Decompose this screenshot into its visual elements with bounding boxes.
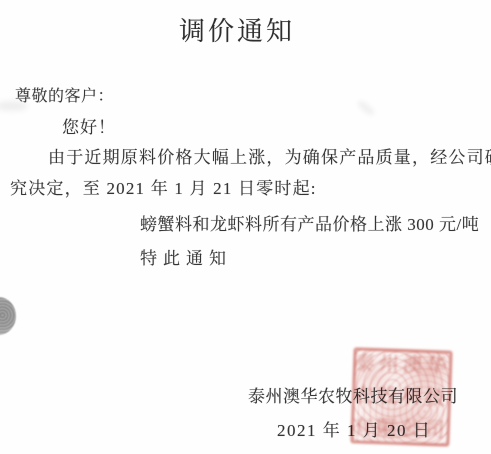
scanned-notice-page: 调价通知 尊敬的客户： 您好！ 由于近期原料价格大幅上涨，为确保产品质量，经公司… [0, 0, 491, 454]
closing-line: 特此通知 [140, 244, 232, 269]
greeting-line: 您好！ [62, 113, 116, 138]
price-increase-line: 螃蟹料和龙虾料所有产品价格上涨 300 元/吨 [140, 210, 479, 235]
document-title: 调价通知 [179, 11, 295, 48]
seal-text-line: 泰州澳华 [354, 351, 451, 378]
scan-smudge [0, 101, 28, 111]
body-line-2: 究决定，至 2021 年 1 月 21 日零时起: [10, 174, 317, 199]
company-name: 泰州澳华农牧科技有限公司 [248, 382, 458, 407]
scan-smudge [356, 99, 376, 118]
scan-artifact-blob [0, 297, 16, 335]
salutation-line: 尊敬的客户： [15, 83, 114, 106]
issue-date: 2021 年 1 月 20 日 [277, 416, 431, 441]
body-line-1: 由于近期原料价格大幅上涨，为确保产品质量，经公司研 [48, 143, 491, 168]
